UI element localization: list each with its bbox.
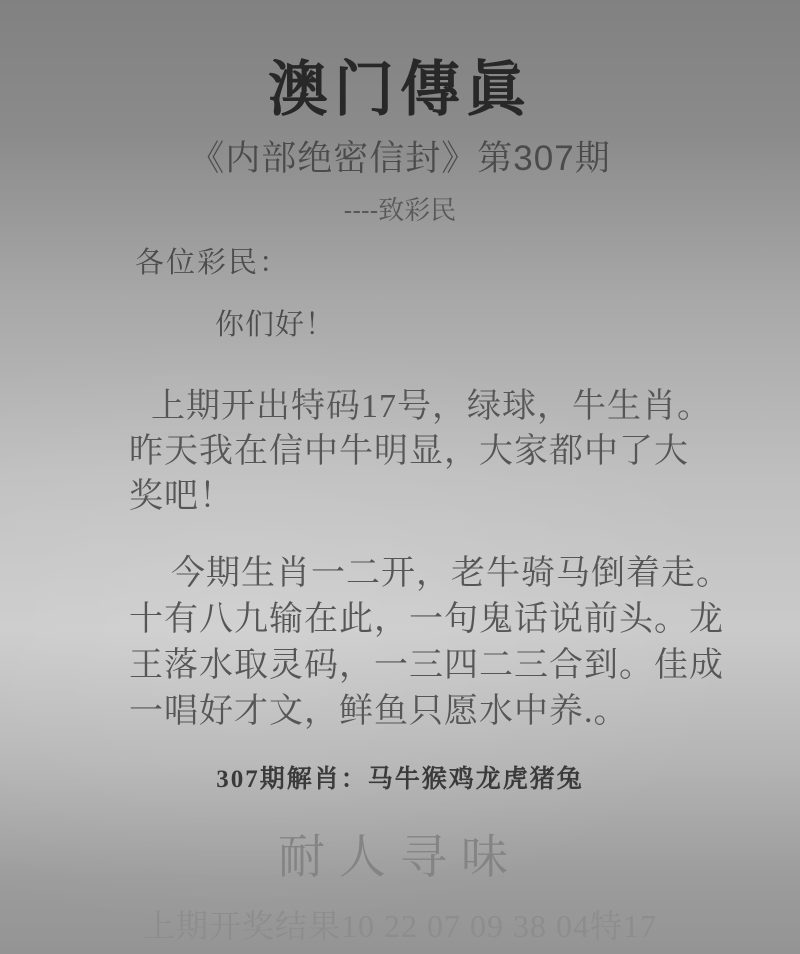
issue-line: 《内部绝密信封》第307期 — [0, 131, 800, 181]
page-title: 澳门傳眞 — [0, 0, 800, 127]
paragraph-line: 上期开出特码17号，绿球，牛生肖。 — [129, 384, 800, 429]
paragraph-line: 一唱好才文，鲜鱼只愿水中养.。 — [129, 689, 800, 735]
zodiac-interpretation-line: 307期解肖：马牛猴鸡龙虎猪兔 — [0, 759, 800, 795]
paragraph-line: 奖吧！ — [129, 474, 800, 519]
paragraph-current-issue: 今期生肖一二开，老牛骑马倒着走。 十有八九输在此，一句鬼话说前头。龙 王落水取灵… — [129, 551, 800, 735]
dedication-line: ----致彩民 — [0, 190, 800, 227]
previous-draw-result: 上期开奖结果10 22 07 09 38 04特17 — [0, 901, 800, 947]
paragraph-line: 王落水取灵码，一三四二三合到。佳成 — [129, 643, 800, 689]
paragraph-previous-issue: 上期开出特码17号，绿球，牛生肖。 昨天我在信中牛明显，大家都中了大 奖吧！ — [129, 384, 800, 519]
salutation: 各位彩民： — [135, 240, 800, 281]
paragraph-line: 十有八九输在此，一句鬼话说前头。龙 — [129, 597, 800, 643]
paragraph-line: 昨天我在信中牛明显，大家都中了大 — [129, 429, 800, 474]
slogan: 耐人寻味 — [0, 820, 800, 887]
fax-document: 澳门傳眞 《内部绝密信封》第307期 ----致彩民 各位彩民： 你们好！ 上期… — [0, 0, 800, 954]
paragraph-line: 今期生肖一二开，老牛骑马倒着走。 — [129, 551, 800, 597]
greeting: 你们好！ — [215, 302, 800, 343]
